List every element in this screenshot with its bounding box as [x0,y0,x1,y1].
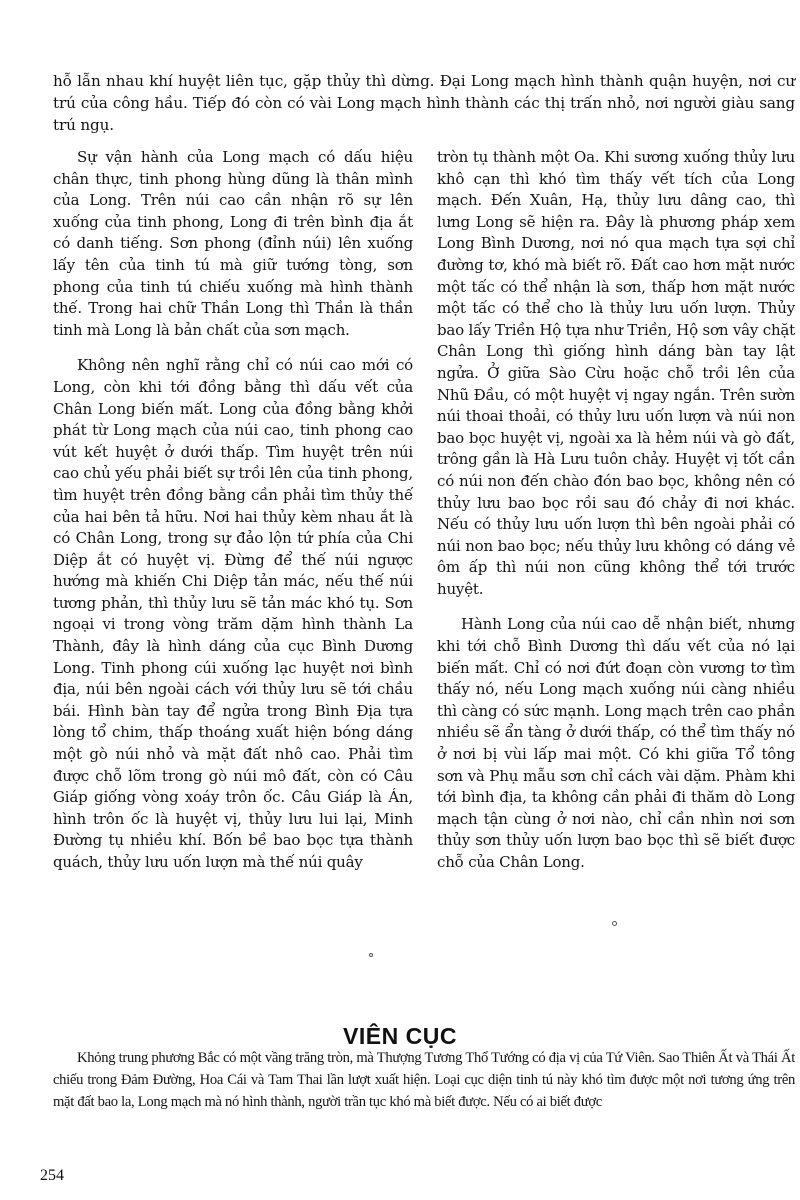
left-paragraph-1: Sự vận hành của Long mạch có dấu hiệu ch… [53,147,413,341]
right-paragraph-1: tròn tụ thành một Oa. Khi sương xuống th… [437,147,795,600]
intro-text: hỗ lẫn nhau khí huyệt liên tục, gặp thủy… [53,70,795,136]
section-paragraph: Khỏng trung phương Bắc có một vầng trăng… [53,1047,795,1113]
left-paragraph-2: Không nên nghĩ rằng chỉ có núi cao mới c… [53,355,413,873]
section-text: Khỏng trung phương Bắc có một vầng trăng… [53,1047,795,1113]
right-column: tròn tụ thành một Oa. Khi sương xuống th… [437,147,795,874]
intro-paragraph: hỗ lẫn nhau khí huyệt liên tục, gặp thủy… [53,70,795,136]
scan-speck [369,953,373,957]
right-paragraph-2: Hành Long của núi cao dễ nhận biết, nhưn… [437,614,795,873]
left-column: Sự vận hành của Long mạch có dấu hiệu ch… [53,147,413,874]
scan-speck [612,921,617,926]
page-number: 254 [40,1167,64,1185]
book-page: hỗ lẫn nhau khí huyệt liên tục, gặp thủy… [0,0,800,1200]
